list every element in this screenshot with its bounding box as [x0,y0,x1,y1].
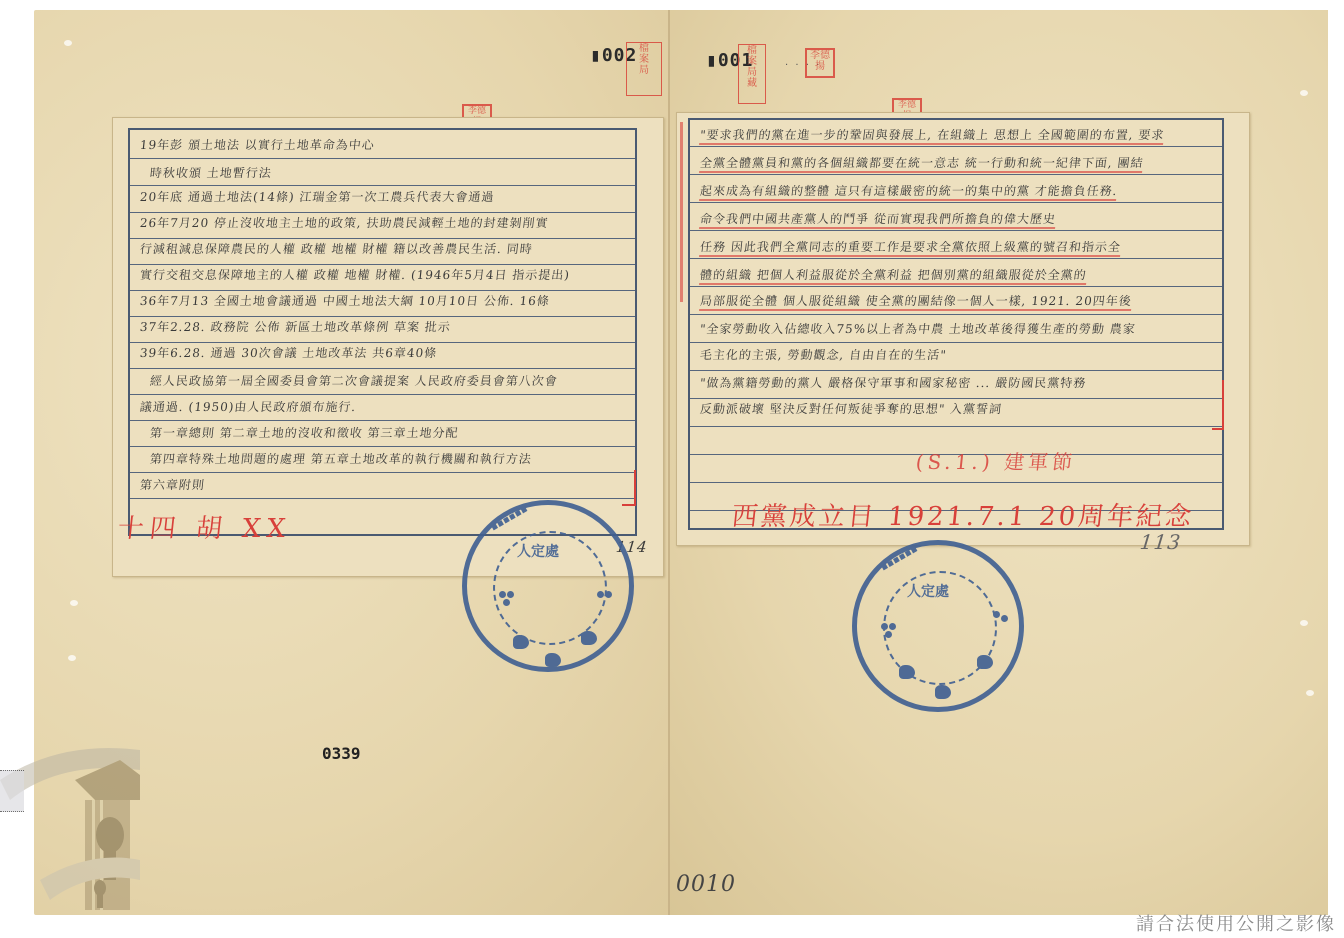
blue-round-stamp: ▪▪▪▪▪▪ 人定處 [462,500,634,672]
right-note-line: 起來成為有組織的整體 這只有這樣嚴密的統一的集中的黨 才能擔負任務. [699,182,1118,201]
left-note-line: 議通過. (1950)由人民政府頒布施行. [139,398,357,415]
serial-number: 0339 [322,744,361,763]
left-note-line: 實行交租交息保障地主的人權 政權 地權 財權. (1946年5月4日 指示提出) [139,266,571,283]
stamp-text: 人定處 [907,581,949,601]
right-page-annotation: 113 [1139,530,1183,554]
archive-number: 0010 [676,872,736,897]
binding-hole [64,40,72,46]
right-note-line: 反動派破壞 堅決反對任何叛徒爭奪的思想" 入黨誓詞 [699,400,1003,417]
left-note-line: 行減租減息保障農民的人權 政權 地權 財權 籍以改善農民生活. 同時 [139,240,534,257]
usage-watermark: 請合法使用公開之影像 [1136,910,1336,936]
archive-seal-icon: 檔案局 [626,42,662,96]
right-note-line: 毛主化的主張, 勞動觀念, 自由自在的生活" [699,346,948,363]
binding-hole [68,655,76,661]
right-note-line: "要求我們的黨在進一步的鞏固與發展上, 在組織上 思想上 全國範圍的布置, 要求 [699,126,1165,145]
logo-edge-mark [0,770,24,812]
left-note-line: 時秋收頒 土地暫行法 [149,164,273,181]
left-note-line: 19年彭 頒土地法 以實行土地革命為中心 [139,136,376,153]
right-note-line: "做為黨籍勞動的黨人 嚴格保守軍事和國家秘密 ... 嚴防國民黨特務 [699,374,1087,391]
right-note-line: 局部服從全體 個人服從組織 使全黨的團結像一個人一樣, 1921. 20四年後 [699,292,1133,311]
left-red-annotation: 十四 胡 XX [116,508,293,545]
binding-hole [1300,90,1308,96]
right-note-line: 體的組織 把個人利益服從於全黨利益 把個別黨的組織服從於全黨的 [699,266,1088,285]
binding-hole [1306,690,1314,696]
right-note-line: 命令我們中國共產黨人的鬥爭 從而實現我們所擔負的偉大歷史 [699,210,1057,229]
right-note-line: "全家勞動收入佔總收入75%以上者為中農 土地改革後得獲生產的勞動 農家 [699,320,1137,337]
left-note-line: 第一章總則 第二章土地的沒收和徵收 第三章土地分配 [149,424,459,441]
page-fold [668,10,670,915]
stamp-text: 人定處 [517,541,559,561]
right-note-line: 全黨全體黨員和黨的各個組織都要在統一意志 統一行動和統一紀律下面, 團結 [699,154,1144,173]
archive-seal-icon: 檔案局藏 [738,44,766,104]
left-note-line: 20年底 通過土地法(14條) 江瑞金第一次工農兵代表大會通過 [139,188,495,205]
archive-logo-icon [0,740,140,920]
red-bracket-mark [1212,380,1224,430]
left-note-line: 第四章特殊土地問題的處理 第五章土地改革的執行機關和執行方法 [149,450,533,467]
name-seal-icon: 李德揚 [805,48,835,78]
red-annotation-large: 西黨成立日 1921.7.1 20周年紀念 [730,496,1196,533]
blue-round-stamp: ▪▪▪▪▪▪ 人定處 [852,540,1024,712]
red-margin-mark [680,122,683,302]
left-note-line: 26年7月20 停止沒收地主土地的政策, 扶助農民減輕土地的封建剝削實 [139,214,549,231]
left-note-line: 37年2.28. 政務院 公佈 新區土地改革條例 草案 批示 [139,318,452,335]
left-note-line: 第六章附則 [139,476,206,493]
binding-hole [70,600,78,606]
right-note-line: 任務 因此我們全黨同志的重要工作是要求全黨依照上級黨的號召和指示全 [699,238,1122,257]
left-note-line: 36年7月13 全國土地會議通過 中國土地法大綱 10月10日 公佈. 16條 [139,292,551,309]
left-note-line: 經人民政協第一屆全國委員會第二次會議提案 人民政府委員會第八次會 [149,372,559,389]
left-note-line: 39年6.28. 通過 30次會議 土地改革法 共6章40條 [139,344,438,361]
red-annotation-small: (S.1.) 建軍節 [914,446,1077,475]
binding-hole [1300,620,1308,626]
red-bracket-mark [622,470,636,506]
